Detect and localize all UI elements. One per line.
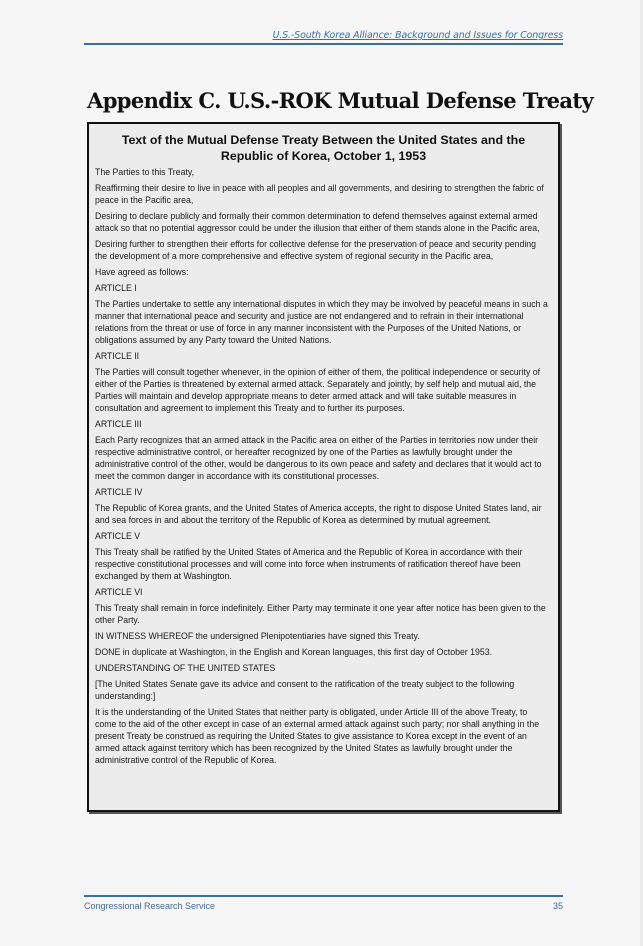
article-2-text: The Parties will consult together whenev… <box>95 366 550 414</box>
article-1-text: The Parties undertake to settle any inte… <box>95 298 550 346</box>
running-header: U.S.-South Korea Alliance: Background an… <box>84 29 563 45</box>
article-5-text: This Treaty shall be ratified by the Uni… <box>95 546 550 582</box>
paragraph-agreed: Have agreed as follows: <box>95 266 550 278</box>
treaty-text-box: Text of the Mutual Defense Treaty Betwee… <box>87 122 560 812</box>
appendix-title: Appendix C. U.S.-ROK Mutual Defense Trea… <box>87 88 593 113</box>
understanding-text: It is the understanding of the United St… <box>95 706 550 766</box>
article-6-heading: ARTICLE VI <box>95 586 550 598</box>
article-1-heading: ARTICLE I <box>95 282 550 294</box>
article-3-text: Each Party recognizes that an armed atta… <box>95 434 550 482</box>
page-number: 35 <box>553 900 563 912</box>
article-4-heading: ARTICLE IV <box>95 486 550 498</box>
box-body: The Parties to this Treaty, Reaffirming … <box>89 166 558 766</box>
footer-source: Congressional Research Service <box>84 900 215 912</box>
paragraph-preamble-further: Desiring further to strengthen their eff… <box>95 238 550 262</box>
article-4-text: The Republic of Korea grants, and the Un… <box>95 502 550 526</box>
witness-paragraph: IN WITNESS WHEREOF the undersigned Pleni… <box>95 630 550 642</box>
running-header-title: U.S.-South Korea Alliance: Background an… <box>273 30 563 41</box>
paragraph-preamble-reaffirming: Reaffirming their desire to live in peac… <box>95 182 550 206</box>
page-footer: Congressional Research Service 35 <box>84 895 563 912</box>
paragraph-preamble-parties: The Parties to this Treaty, <box>95 166 550 178</box>
done-paragraph: DONE in duplicate at Washington, in the … <box>95 646 550 658</box>
article-6-text: This Treaty shall remain in force indefi… <box>95 602 550 626</box>
understanding-heading: UNDERSTANDING OF THE UNITED STATES <box>95 662 550 674</box>
senate-note: [The United States Senate gave its advic… <box>95 678 550 702</box>
article-2-heading: ARTICLE II <box>95 350 550 362</box>
article-3-heading: ARTICLE III <box>95 418 550 430</box>
box-title: Text of the Mutual Defense Treaty Betwee… <box>95 132 552 164</box>
paragraph-preamble-declare: Desiring to declare publicly and formall… <box>95 210 550 234</box>
article-5-heading: ARTICLE V <box>95 530 550 542</box>
